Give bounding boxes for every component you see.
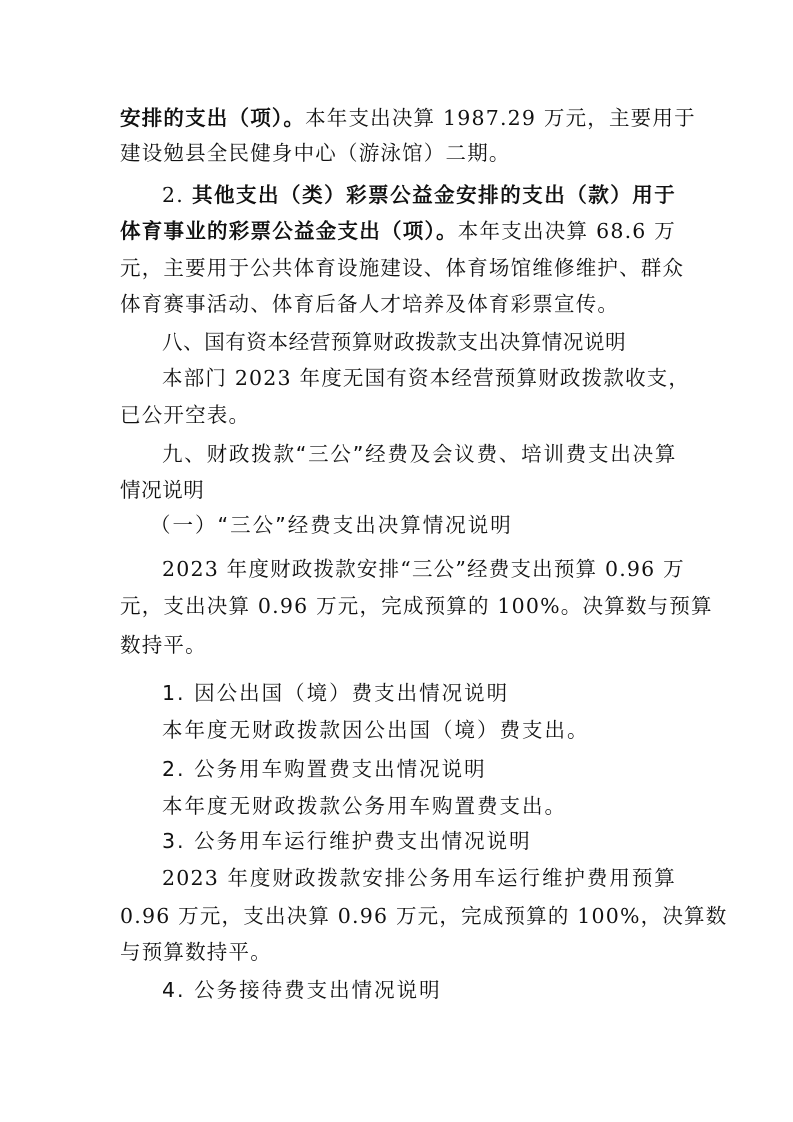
body-text: 0.96 万元，支出决算 0.96 万元，完成预算的 100%，决算数	[120, 904, 727, 928]
body-text: 元，支出决算 0.96 万元，完成预算的 100%。决算数与预算	[120, 594, 713, 618]
paragraph-line: 体育赛事活动、体育后备人才培养及体育彩票宣传。	[120, 290, 676, 318]
section-heading-text: 情况说明	[120, 478, 204, 502]
body-text: 体育赛事活动、体育后备人才培养及体育彩票宣传。	[120, 292, 619, 316]
paragraph-line: 本年度无财政拨款因公出国（境）费支出。	[162, 716, 676, 744]
subsection-heading-1: （一）“三公”经费支出决算情况说明	[150, 511, 706, 539]
body-text: 本年支出决算 1987.29 万元，主要用于	[305, 106, 696, 130]
body-text: 建设勉县全民健身中心（游泳馆）二期。	[120, 141, 511, 165]
paragraph-line: 安排的支出（项）。本年支出决算 1987.29 万元，主要用于	[120, 104, 676, 132]
item-heading-2: 2. 公务用车购置费支出情况说明	[162, 755, 676, 783]
paragraph-line: 本部门 2023 年度无国有资本经营预算财政拨款收支，	[162, 364, 676, 392]
body-text: 已公开空表。	[120, 403, 250, 427]
paragraph-line: 与预算数持平。	[120, 938, 676, 966]
section-heading-8: 八、国有资本经营预算财政拨款支出决算情况说明	[162, 328, 676, 356]
body-text: 2023 年度财政拨款安排公务用车运行维护费用预算	[162, 866, 676, 890]
body-text: 本年度无财政拨款公务用车购置费支出。	[162, 794, 567, 818]
section-heading-9: 九、财政拨款“三公”经费及会议费、培训费支出决算	[162, 440, 676, 468]
section-heading-9-cont: 情况说明	[120, 476, 676, 504]
paragraph-line: 元，主要用于公共体育设施建设、体育场馆维修维护、群众	[120, 254, 676, 282]
section-heading-text: 九、财政拨款“三公”经费及会议费、培训费支出决算	[162, 442, 676, 466]
paragraph-line: 建设勉县全民健身中心（游泳馆）二期。	[120, 139, 676, 167]
body-text: 与预算数持平。	[120, 940, 272, 964]
body-text: 2023 年度财政拨款安排“三公”经费支出预算 0.96 万	[162, 557, 685, 581]
paragraph-line: 已公开空表。	[120, 401, 676, 429]
item-title-bold: 其他支出（类）彩票公益金安排的支出（款）用于	[192, 183, 676, 207]
item-number: 2.	[162, 183, 192, 207]
paragraph-line: 元，支出决算 0.96 万元，完成预算的 100%。决算数与预算	[120, 592, 676, 620]
item-heading-text: 2. 公务用车购置费支出情况说明	[162, 757, 487, 781]
paragraph-line: 2023 年度财政拨款安排“三公”经费支出预算 0.96 万	[162, 555, 676, 583]
item-heading-1: 1. 因公出国（境）费支出情况说明	[162, 679, 676, 707]
paragraph-line: 数持平。	[120, 631, 676, 659]
paragraph-line: 0.96 万元，支出决算 0.96 万元，完成预算的 100%，决算数	[120, 902, 676, 930]
item-heading-4: 4. 公务接待费支出情况说明	[162, 976, 676, 1004]
subsection-heading-text: （一）“三公”经费支出决算情况说明	[150, 513, 513, 537]
item-heading-text: 1. 因公出国（境）费支出情况说明	[162, 681, 509, 705]
body-text: 本年度无财政拨款因公出国（境）费支出。	[162, 718, 590, 742]
item-heading-line: 2. 其他支出（类）彩票公益金安排的支出（款）用于	[162, 181, 676, 209]
paragraph-line: 2023 年度财政拨款安排公务用车运行维护费用预算	[162, 864, 676, 892]
paragraph-line: 本年度无财政拨款公务用车购置费支出。	[162, 792, 676, 820]
body-text: 元，主要用于公共体育设施建设、体育场馆维修维护、群众	[120, 256, 684, 280]
item-heading-3: 3. 公务用车运行维护费支出情况说明	[162, 827, 676, 855]
body-text: 数持平。	[120, 633, 207, 657]
item-heading-text: 4. 公务接待费支出情况说明	[162, 978, 442, 1002]
body-text: 本部门 2023 年度无国有资本经营预算财政拨款收支，	[162, 366, 690, 390]
document-page: 安排的支出（项）。本年支出决算 1987.29 万元，主要用于 建设勉县全民健身…	[0, 0, 793, 1122]
item-title-bold: 安排的支出（项）。	[120, 106, 305, 130]
body-text: 本年支出决算 68.6 万	[458, 219, 676, 243]
item-heading-text: 3. 公务用车运行维护费支出情况说明	[162, 829, 532, 853]
item-title-bold: 体育事业的彩票公益金支出（项）。	[120, 219, 458, 243]
paragraph-line: 体育事业的彩票公益金支出（项）。本年支出决算 68.6 万	[120, 217, 676, 245]
section-heading-text: 八、国有资本经营预算财政拨款支出决算情况说明	[162, 330, 626, 354]
